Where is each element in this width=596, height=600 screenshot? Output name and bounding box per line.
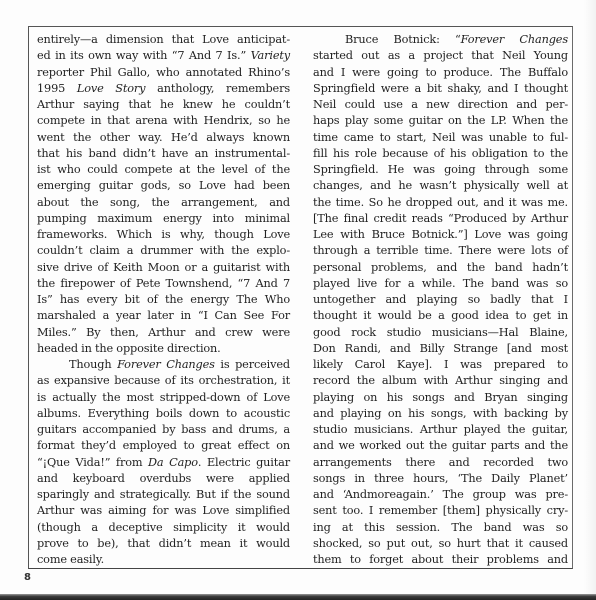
text-line: haps play some guitar on the LP. When th… — [313, 113, 568, 129]
scan-bottom-edge — [0, 594, 596, 600]
scan-edge-shadow — [584, 0, 596, 600]
text-line: entirely—a dimension that Love anticipat… — [37, 32, 290, 48]
text-line: format they’d employed to great effect o… — [37, 438, 290, 454]
text-line: Lee with Bruce Botnick.”] Love was going — [313, 227, 568, 243]
text-line: studio musicians. Arthur played the guit… — [313, 422, 568, 438]
text-line: went the other way. He’d always known — [37, 130, 290, 146]
text-line: untogether and playing so badly that I — [313, 292, 568, 308]
text-line: come easily. — [37, 552, 290, 568]
text-line: time came to start, Neil was unable to f… — [313, 130, 568, 146]
text-line: Springfield. He was going through some — [313, 162, 568, 178]
paragraph-start-line: Though Forever Changes is perceived — [37, 357, 290, 373]
text-line: Arthur was aiming for was Love simplifie… — [37, 503, 290, 519]
text-line: emerging guitar gods, so Love had been — [37, 178, 290, 194]
text-line: Springfield were a bit shaky, and I thou… — [313, 81, 568, 97]
text-line: compete in that arena with Hendrix, so h… — [37, 113, 290, 129]
text-line: started out as a project that Neil Young — [313, 48, 568, 64]
text-line: changes, and he wasn’t physically well a… — [313, 178, 568, 194]
text-line: and we worked out the guitar parts and t… — [313, 438, 568, 454]
text-line: the time. So he dropped out, and it was … — [313, 195, 568, 211]
text-line: Miles.” By then, Arthur and crew were — [37, 325, 290, 341]
text-line: and I were going to produce. The Buffalo — [313, 65, 568, 81]
text-line: record the album with Arthur singing and — [313, 373, 568, 389]
text-line: that his band didn’t have an instrumenta… — [37, 146, 290, 162]
text-fragment: Bruce Botnick: “ — [345, 33, 461, 46]
text-fragment: . Electric guitar — [198, 456, 290, 469]
text-line: couldn’t claim a drummer with the explo- — [37, 243, 290, 259]
text-line: Neil could use a new direction and per- — [313, 97, 568, 113]
left-text-column: entirely—a dimension that Love anticipat… — [37, 32, 290, 568]
text-fragment: is perceived — [215, 358, 290, 371]
text-line: albums. Everything boils down to acousti… — [37, 406, 290, 422]
text-line: fill his role because of his obligation … — [313, 146, 568, 162]
text-line: frameworks. Which is why, though Love — [37, 227, 290, 243]
text-line: ed in its own way with “7 And 7 Is.” Var… — [37, 48, 290, 64]
text-line: thought it would be a good idea to get i… — [313, 308, 568, 324]
text-line: ing at this session. The band was so — [313, 520, 568, 536]
text-line: (though a deceptive simplicity it would — [37, 520, 290, 536]
text-line: shocked, so put out, so hurt that it cau… — [313, 536, 568, 552]
text-line: likely Carol Kaye]. I was prepared to — [313, 357, 568, 373]
text-line: sive drive of Keith Moon or a guitarist … — [37, 260, 290, 276]
text-line: headed in the opposite direction. — [37, 341, 290, 357]
text-line: 1995 Love Story anthology, remembers — [37, 81, 290, 97]
text-line: arrangements there and recorded two — [313, 455, 568, 471]
text-line: marshaled a year later in “I Can See For — [37, 308, 290, 324]
text-line: [The final credit reads “Produced by Art… — [313, 211, 568, 227]
text-fragment: Though — [69, 358, 117, 371]
text-line: and ‘Andmoreagain.’ The group was pre- — [313, 487, 568, 503]
text-line: as expansive because of its orchestratio… — [37, 373, 290, 389]
bordered-text-box: entirely—a dimension that Love anticipat… — [28, 26, 573, 569]
text-line: pumping maximum energy into minimal — [37, 211, 290, 227]
text-line: the firepower of Pete Townshend, “7 And … — [37, 276, 290, 292]
text-line: about the song, the arrangement, and — [37, 195, 290, 211]
right-text-column: Bruce Botnick: “Forever Changes started … — [313, 32, 568, 568]
text-line: prove to be), that didn’t mean it would — [37, 536, 290, 552]
text-line: reporter Phil Gallo, who annotated Rhino… — [37, 65, 290, 81]
italic-title: Variety — [251, 49, 290, 62]
text-line: good rock studio musicians—Hal Blaine, — [313, 325, 568, 341]
text-fragment: “¡Que Vida!” from — [37, 456, 148, 469]
italic-title: Forever Changes — [461, 33, 568, 46]
text-line: played live for a while. The band was so — [313, 276, 568, 292]
italic-title: Love Story — [77, 82, 146, 95]
text-line: sparingly and strategically. But if the … — [37, 487, 290, 503]
text-line: personal problems, and the band hadn’t — [313, 260, 568, 276]
book-page: entirely—a dimension that Love anticipat… — [0, 0, 596, 600]
text-fragment: 1995 — [37, 82, 77, 95]
text-line: Is” has every bit of the energy The Who — [37, 292, 290, 308]
text-line: songs in three hours, ‘The Daily Planet’ — [313, 471, 568, 487]
text-line: and playing on his songs, with backing b… — [313, 406, 568, 422]
text-line: playing on his songs and Bryan singing — [313, 390, 568, 406]
paragraph-start-line: Bruce Botnick: “Forever Changes — [313, 32, 568, 48]
text-line: ist who could compete at the level of th… — [37, 162, 290, 178]
text-line: sent too. I remember [them] physically c… — [313, 503, 568, 519]
text-line: is actually the most stripped-down of Lo… — [37, 390, 290, 406]
italic-title: Forever Changes — [117, 358, 215, 371]
text-line: through a terrible time. There were lots… — [313, 243, 568, 259]
text-line: Arthur saying that he knew he couldn’t — [37, 97, 290, 113]
text-line: “¡Que Vida!” from Da Capo. Electric guit… — [37, 455, 290, 471]
text-line: guitars accompanied by bass and drums, a — [37, 422, 290, 438]
italic-title: Da Capo — [148, 456, 198, 469]
text-fragment: anthology, remembers — [145, 82, 290, 95]
text-line: and keyboard overdubs were applied — [37, 471, 290, 487]
text-line: Don Randi, and Billy Strange [and most — [313, 341, 568, 357]
text-fragment: ed in its own way with “7 And 7 Is.” — [37, 49, 251, 62]
page-number: 8 — [24, 572, 31, 583]
text-line: them to forget about their problems and — [313, 552, 568, 568]
